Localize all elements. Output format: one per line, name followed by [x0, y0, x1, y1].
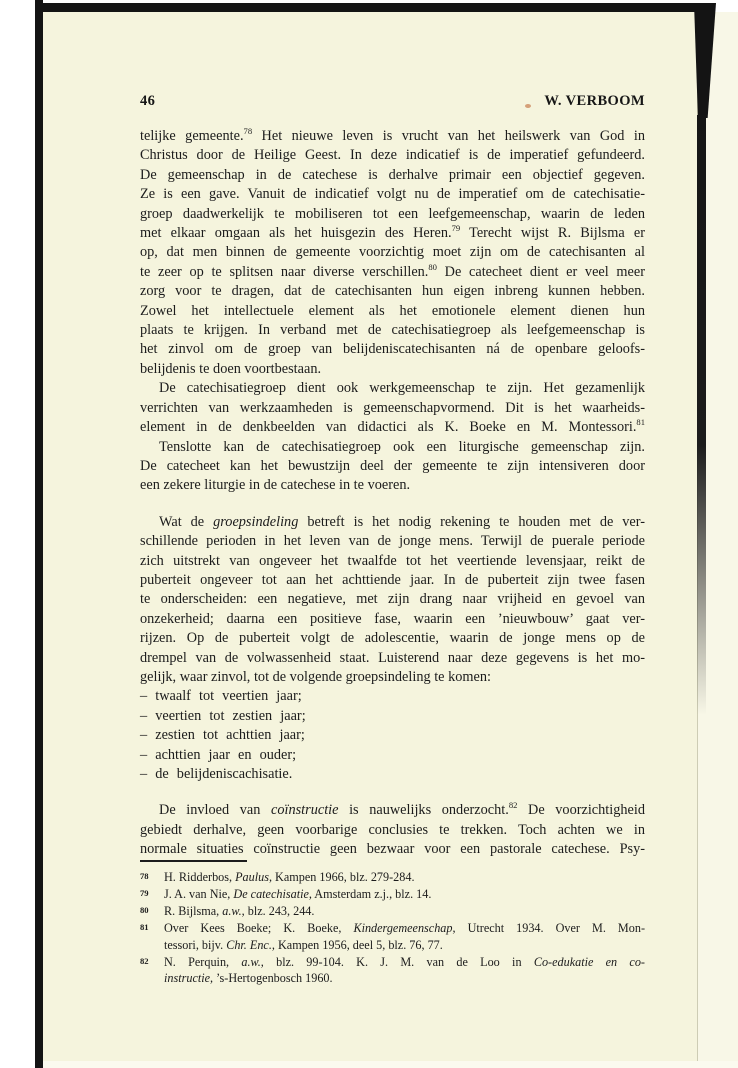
text-line: belijdenis te doen voortbestaan. — [140, 360, 645, 379]
book-page: 46 W. VERBOOM telijke gemeente.78 Het ni… — [43, 12, 738, 1068]
paragraph-coinstructie: De invloed van coïnstructie is nauwelijk… — [140, 801, 645, 859]
text-line: – twaalf tot veertien jaar; — [140, 687, 645, 706]
footnote-item: 79J. A. van Nie, De catechisatie, Amster… — [140, 886, 645, 903]
footnote-line: H. Ridderbos, Paulus, Kampen 1966, blz. … — [164, 869, 645, 886]
page-bottom-edge — [43, 1061, 738, 1068]
paragraph-liturgische-gemeenschap: Tenslotte kan de catechisatiegroep ook e… — [140, 438, 645, 496]
page-number: 46 — [140, 93, 155, 110]
paragraph-gemeente: telijke gemeente.78 Het nieuwe leven is … — [140, 127, 645, 379]
text-line: De catecheet kan het bewustzijn deel der… — [140, 457, 645, 476]
scan-frame-left — [35, 0, 43, 1068]
text-line: onzekerheid; daarna een positieve fase, … — [140, 610, 645, 629]
footnote-line: J. A. van Nie, De catechisatie, Amsterda… — [164, 886, 645, 903]
text-line: normale situaties coïnstructie geen bezw… — [140, 840, 645, 859]
text-line: op, dat men binnen de gemeente voorzicht… — [140, 243, 645, 262]
footnote-marker: 81 — [140, 919, 149, 936]
text-line: plaats te krijgen. In verband met de cat… — [140, 321, 645, 340]
text-line: gelijk, waar zinvol, tot de volgende gro… — [140, 668, 645, 687]
text-line: De catechisatiegroep dient ook werkgemee… — [140, 379, 645, 398]
text-line: Ze is een gave. Vanuit de indicatief vol… — [140, 185, 645, 204]
footnote-item: 81Over Kees Boeke; K. Boeke, Kindergemee… — [140, 920, 645, 954]
footnote-line: R. Bijlsma, a.w., blz. 243, 244. — [164, 903, 645, 920]
text-line: rijzen. Op de puberteit volgt de adolesc… — [140, 629, 645, 648]
footnote-item: 80R. Bijlsma, a.w., blz. 243, 244. — [140, 903, 645, 920]
footnote-line: Over Kees Boeke; K. Boeke, Kindergemeens… — [164, 920, 645, 937]
text-line: Zowel het intellectuele element als het … — [140, 302, 645, 321]
text-line: te onderscheiden: een negatieve, met zij… — [140, 590, 645, 609]
footnote-marker: 80 — [140, 902, 149, 919]
text-line: groep daadwerkelijk te mobiliseren tot e… — [140, 205, 645, 224]
running-head: W. VERBOOM — [544, 93, 645, 110]
age-group-list: – twaalf tot veertien jaar;– veertien to… — [140, 687, 645, 784]
paragraph-werkgemeenschap: De catechisatiegroep dient ook werkgemee… — [140, 379, 645, 437]
scan-frame-right-fade — [697, 115, 706, 715]
text-line: element in de denkbeelden van didactici … — [140, 418, 645, 437]
footnote-marker: 82 — [140, 953, 149, 970]
text-line: telijke gemeente.78 Het nieuwe leven is … — [140, 127, 645, 146]
footnote-line: N. Perquin, a.w., blz. 99-104. K. J. M. … — [164, 954, 645, 971]
text-line: De invloed van coïnstructie is nauwelijk… — [140, 801, 645, 820]
page-header: 46 W. VERBOOM — [140, 93, 645, 110]
footnotes: 78H. Ridderbos, Paulus, Kampen 1966, blz… — [140, 869, 645, 987]
scan-frame-top — [35, 3, 711, 12]
text-line: – de belijdeniscachisatie. — [140, 765, 645, 784]
text-line: – achttien jaar en ouder; — [140, 746, 645, 765]
text-line: – zestien tot achttien jaar; — [140, 726, 645, 745]
paragraph-groepsindeling: Wat de groepsindeling betreft is het nod… — [140, 513, 645, 688]
text-line: het zinvol om de groep van belijdeniscat… — [140, 340, 645, 359]
text-line: De gemeenschap in de catechese is derhal… — [140, 166, 645, 185]
footnote-marker: 79 — [140, 885, 149, 902]
footnote-line: tessori, bijv. Chr. Enc., Kampen 1956, d… — [164, 937, 645, 954]
footnote-line: instructie, ’s-Hertogenbosch 1960. — [164, 970, 645, 987]
text-line: zich uitstrekt van ongeveer het twaalfde… — [140, 552, 645, 571]
text-line: schillende perioden in het leven van de … — [140, 532, 645, 551]
footnote-item: 78H. Ridderbos, Paulus, Kampen 1966, blz… — [140, 869, 645, 886]
text-line: te zeer op te splitsen naar diverse vers… — [140, 263, 645, 282]
body-text: telijke gemeente.78 Het nieuwe leven is … — [140, 127, 645, 860]
text-line: – veertien tot zestien jaar; — [140, 707, 645, 726]
text-line: Tenslotte kan de catechisatiegroep ook e… — [140, 438, 645, 457]
text-line: met elkaar omgaan als het huisgezin des … — [140, 224, 645, 243]
footnote-item: 82N. Perquin, a.w., blz. 99-104. K. J. M… — [140, 954, 645, 988]
text-line: puberteit ongeveer tot aan het achttiend… — [140, 571, 645, 590]
text-line: Wat de groepsindeling betreft is het nod… — [140, 513, 645, 532]
text-line: Christus door de Heilige Geest. In deze … — [140, 146, 645, 165]
text-line: drempel van de volwassenheid staat. Luis… — [140, 649, 645, 668]
footnote-marker: 78 — [140, 868, 149, 885]
text-line: verrichten van werkzaamheden is gemeensc… — [140, 399, 645, 418]
footnote-rule — [140, 860, 247, 862]
text-line: gebiedt derhalve, geen voorbarige conclu… — [140, 821, 645, 840]
text-line: zorg voor te dragen, dat de catechisante… — [140, 282, 645, 301]
text-line: een zekere liturgie in de catechese in t… — [140, 476, 645, 495]
